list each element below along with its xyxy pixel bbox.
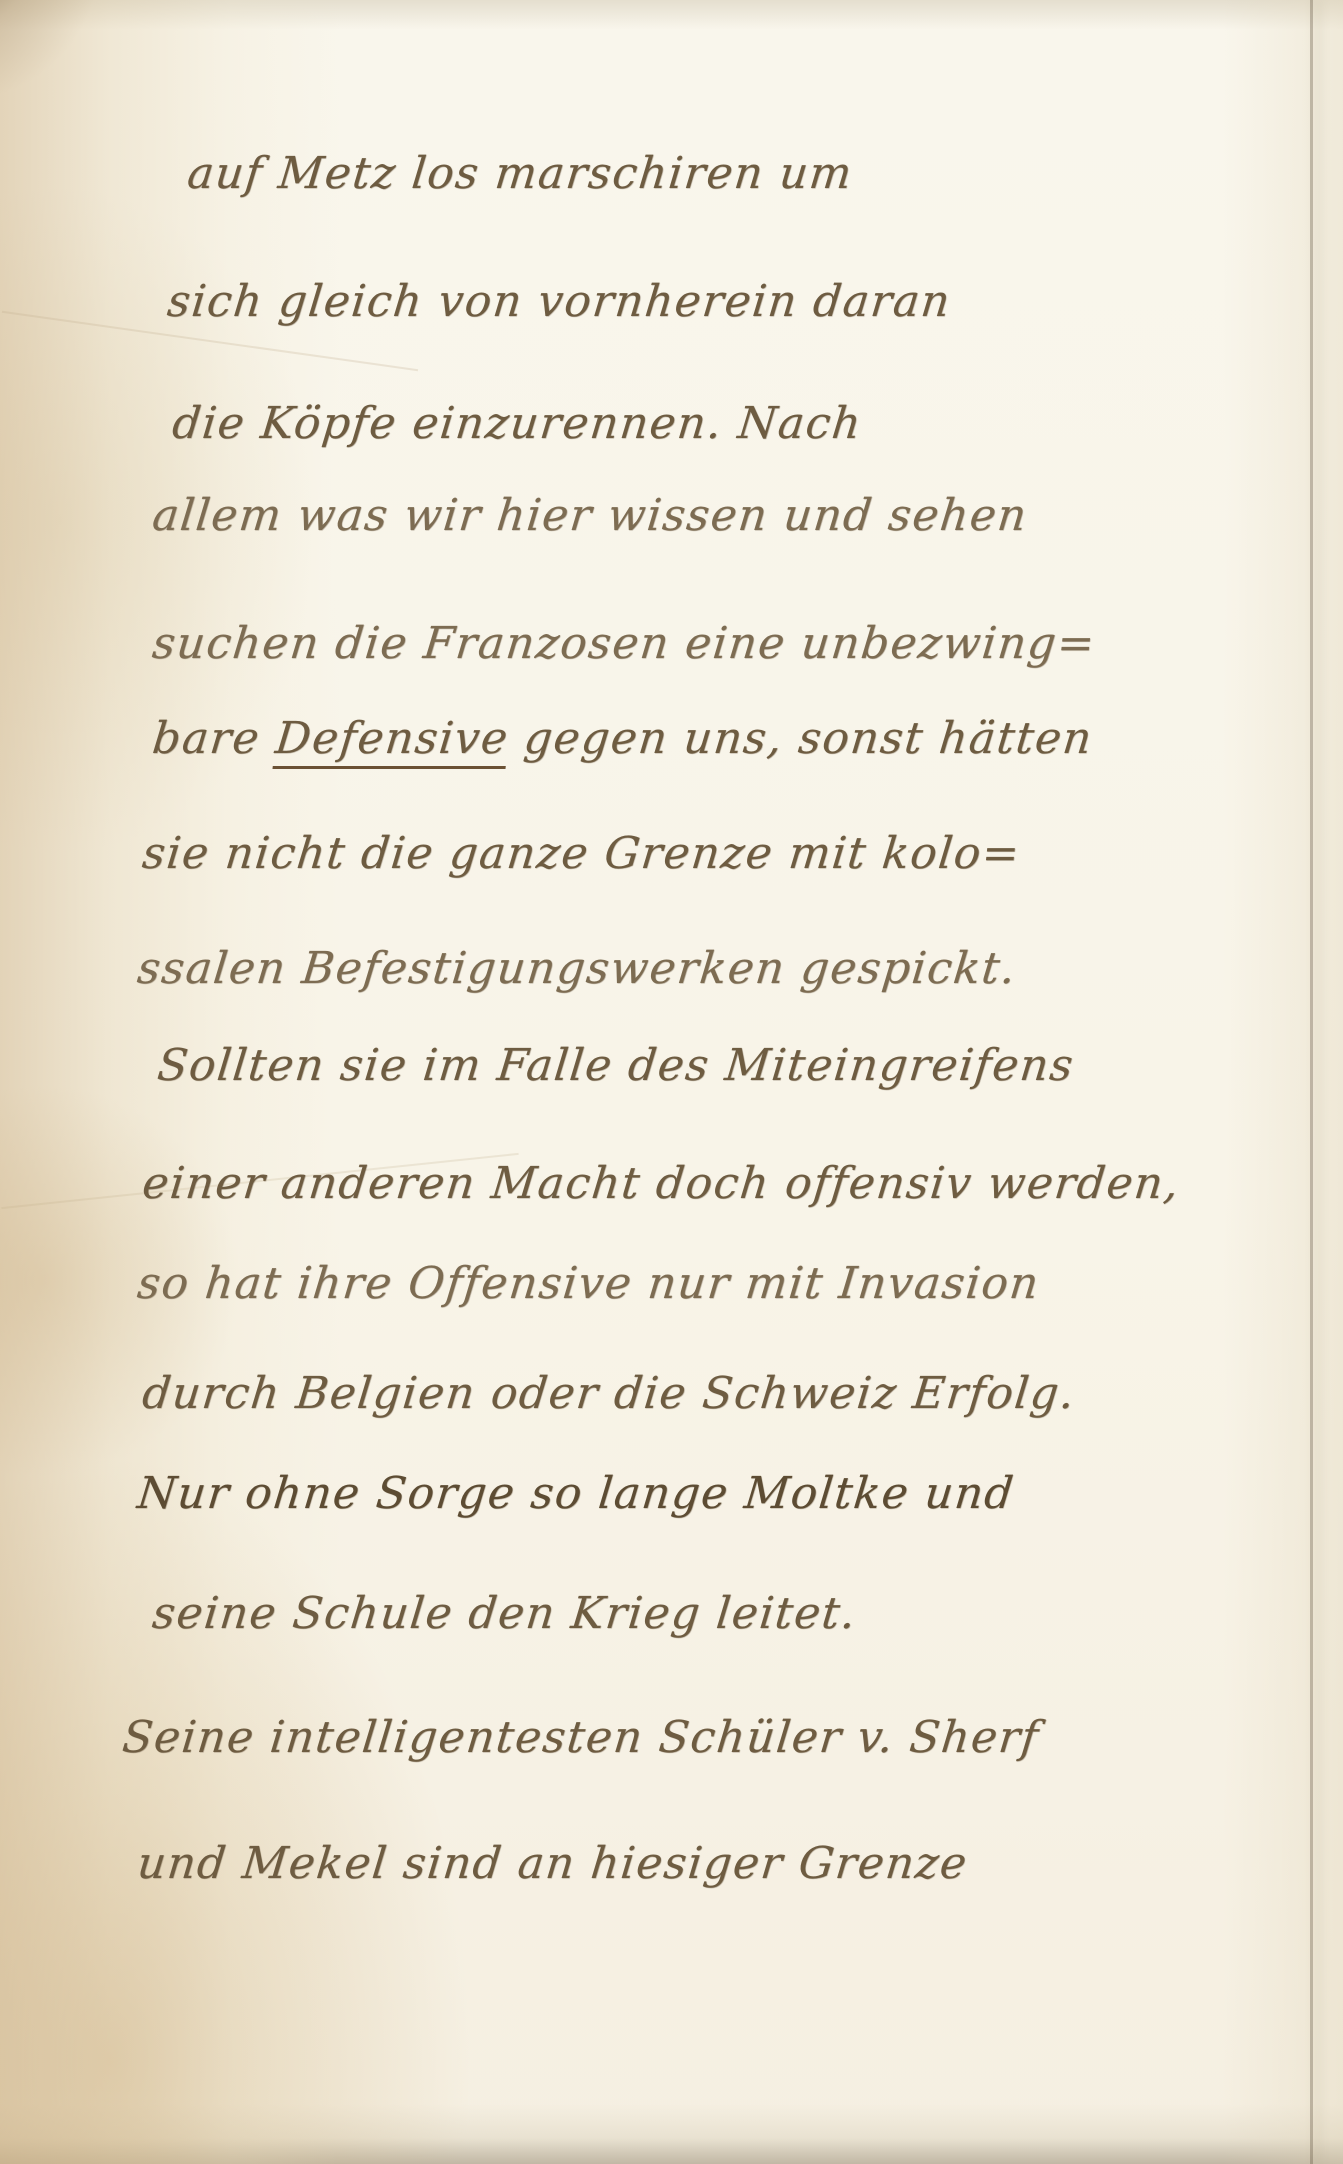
handwritten-line: suchen die Franzosen eine unbezwing= <box>150 618 1098 669</box>
handwritten-line: ssalen Befestigungswerken gespickt. <box>135 943 1019 994</box>
handwritten-line: auf Metz los marschiren um <box>185 148 855 199</box>
line-segment: gegen uns, sonst hätten <box>506 713 1095 764</box>
handwritten-line: so hat ihre Offensive nur mit Invasion <box>135 1258 1042 1309</box>
handwritten-line: sie nicht die ganze Grenze mit kolo= <box>140 828 1023 879</box>
handwritten-line: allem was wir hier wissen und sehen <box>150 490 1030 541</box>
handwritten-line: seine Schule den Krieg leitet. <box>150 1588 859 1639</box>
handwritten-line: Seine intelligentesten Schüler v. Sherf <box>120 1712 1042 1763</box>
handwritten-line: sich gleich von vornherein daran <box>165 276 954 327</box>
underlined-word: Defensive <box>272 713 511 769</box>
handwritten-line: Sollten sie im Falle des Miteingreifens <box>155 1040 1077 1091</box>
handwritten-line: durch Belgien oder die Schweiz Erfolg. <box>140 1368 1078 1419</box>
scan-edge-line <box>1310 0 1313 2164</box>
letter-page: auf Metz los marschiren um sich gleich v… <box>0 0 1343 2164</box>
handwritten-line: die Köpfe einzurennen. Nach <box>170 398 865 449</box>
handwritten-line: Nur ohne Sorge so lange Moltke und <box>135 1468 1017 1519</box>
line-segment: bare <box>150 713 278 764</box>
handwritten-line: einer anderen Macht doch offensiv werden… <box>140 1158 1182 1209</box>
handwritten-line: und Mekel sind an hiesiger Grenze <box>135 1838 970 1889</box>
handwritten-line: bare Defensive gegen uns, sonst hätten <box>150 713 1095 764</box>
